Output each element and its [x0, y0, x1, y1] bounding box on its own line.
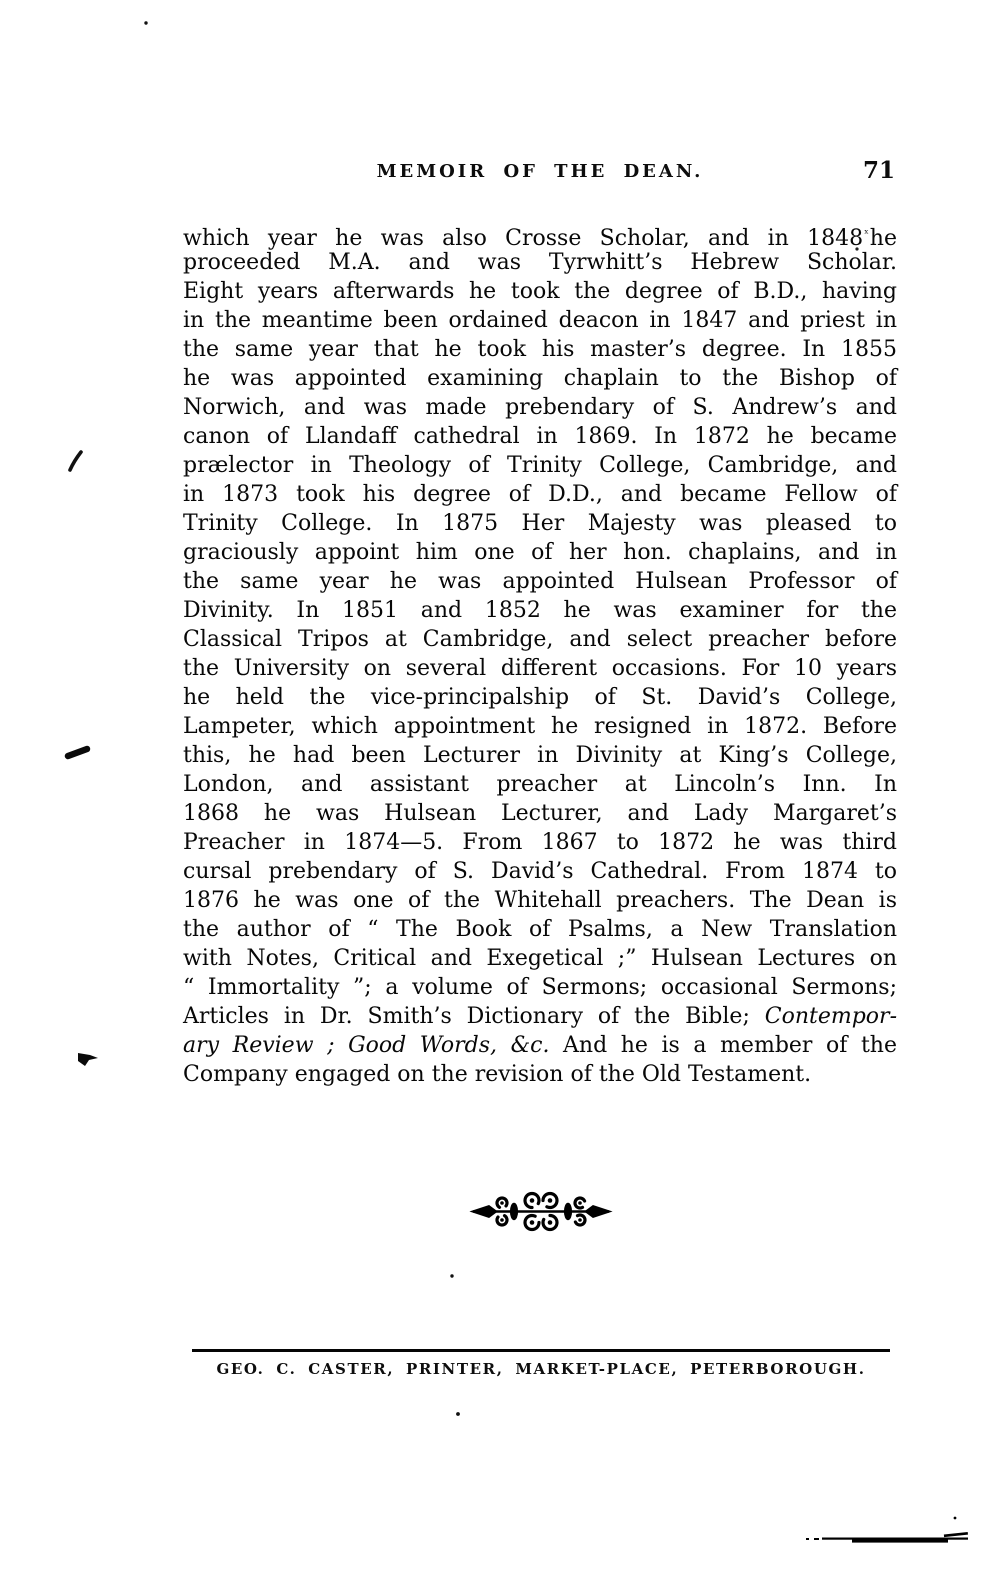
body-line-segment: in 1873 took his degree of D.D., and bec… — [183, 482, 897, 507]
page-number: 71 — [863, 157, 895, 184]
body-line-segment: he was appointed examining chaplain to t… — [183, 366, 897, 391]
body-line: Trinity College. In 1875 Her Majesty was… — [183, 509, 897, 538]
pencil-slash-mark — [70, 452, 81, 470]
body-line: in the meantime been ordained deacon in … — [183, 306, 897, 335]
body-line-segment: ary Review ; Good Words, &c. — [183, 1033, 549, 1058]
body-line: proceeded M.A. and was Tyrwhitt’s Hebrew… — [183, 248, 897, 277]
body-line-segment: graciously appoint him one of her hon. c… — [183, 540, 897, 565]
body-line-segment: And he is a member of the — [549, 1033, 897, 1058]
body-line: Articles in Dr. Smith’s Dictionary of th… — [183, 1002, 897, 1031]
body-line-segment: proceeded M.A. and was Tyrwhitt’s Hebrew… — [183, 250, 897, 275]
dust-speck-below-ornament — [450, 1274, 453, 1277]
body-line-segment: Norwich, and was made prebendary of S. A… — [183, 395, 897, 420]
body-line-segment: Company engaged on the revision of the O… — [183, 1062, 811, 1087]
body-line-segment: cursal prebendary of S. David’s Cathedra… — [183, 859, 897, 884]
body-line-segment: “ Immortality ”; a volume of Sermons; oc… — [183, 975, 897, 1000]
body-line: this, he had been Lecturer in Divinity a… — [183, 741, 897, 770]
body-line-segment: Preacher in 1874—5. From 1867 to 1872 he… — [183, 830, 897, 855]
body-line-segment: the University on several different occa… — [183, 656, 897, 681]
body-line-segment: in the meantime been ordained deacon in … — [183, 308, 897, 333]
fleuron-ornament-svg — [469, 1191, 613, 1233]
body-line: “ Immortality ”; a volume of Sermons; oc… — [183, 973, 897, 1002]
pencil-dash-mark — [68, 749, 87, 756]
body-text: which year he was also Crosse Scholar, a… — [183, 219, 897, 1089]
body-line-segment: Lampeter, which appointment he resigned … — [183, 714, 897, 739]
body-line: he held the vice-principalship of St. Da… — [183, 683, 897, 712]
body-line-segment: Classical Tripos at Cambridge, and selec… — [183, 627, 897, 652]
body-line: the same year that he took his master’s … — [183, 335, 897, 364]
body-line-segment: he held the vice-principalship of St. Da… — [183, 685, 897, 710]
body-line: cursal prebendary of S. David’s Cathedra… — [183, 857, 897, 886]
printer-imprint: GEO. C. CASTER, PRINTER, MARKET-PLACE, P… — [192, 1360, 890, 1378]
body-line: in 1873 took his degree of D.D., and bec… — [183, 480, 897, 509]
imprint-rule — [192, 1349, 890, 1352]
pencil-superscript-mark: ˣ — [864, 227, 869, 240]
body-line: London, and assistant preacher at Lincol… — [183, 770, 897, 799]
body-line: the same year he was appointed Hulsean P… — [183, 567, 897, 596]
body-line-segment: Articles in Dr. Smith’s Dictionary of th… — [183, 1004, 765, 1029]
body-line-segment: 1876 he was one of the Whitehall preache… — [183, 888, 897, 913]
dust-speck-below-imprint — [456, 1412, 460, 1416]
body-line: Classical Tripos at Cambridge, and selec… — [183, 625, 897, 654]
page-footer: GEO. C. CASTER, PRINTER, MARKET-PLACE, P… — [192, 1349, 890, 1378]
body-line-segment: Eight years afterwards he took the degre… — [183, 279, 897, 304]
body-line: Preacher in 1874—5. From 1867 to 1872 he… — [183, 828, 897, 857]
fleuron-ornament — [469, 1191, 613, 1233]
body-line: Company engaged on the revision of the O… — [183, 1060, 897, 1089]
body-line-segment: canon of Llandaff cathedral in 1869. In … — [183, 424, 897, 449]
body-line-segment: Trinity College. In 1875 Her Majesty was… — [183, 511, 897, 536]
scan-smudge-line — [806, 1517, 968, 1543]
body-line: Norwich, and was made prebendary of S. A… — [183, 393, 897, 422]
body-line: he was appointed examining chaplain to t… — [183, 364, 897, 393]
body-line-segment: 1868 he was Hulsean Lecturer, and Lady M… — [183, 801, 897, 826]
body-line-segment: London, and assistant preacher at Lincol… — [183, 772, 897, 797]
page-header: MEMOIR OF THE DEAN. 71 — [183, 161, 897, 191]
body-line-segment: this, he had been Lecturer in Divinity a… — [183, 743, 897, 768]
body-line: 1876 he was one of the Whitehall preache… — [183, 886, 897, 915]
body-line-segment: prælector in Theology of Trinity College… — [183, 453, 897, 478]
body-line-segment: Contempor- — [765, 1004, 897, 1029]
body-line-segment: Divinity. In 1851 and 1852 he was examin… — [183, 598, 897, 623]
body-line: the author of “ The Book of Psalms, a Ne… — [183, 915, 897, 944]
body-line: the University on several different occa… — [183, 654, 897, 683]
body-line: which year he was also Crosse Scholar, a… — [183, 219, 897, 248]
body-line: Divinity. In 1851 and 1852 he was examin… — [183, 596, 897, 625]
ink-blob-mark — [78, 1053, 98, 1066]
body-line: canon of Llandaff cathedral in 1869. In … — [183, 422, 897, 451]
body-line: Lampeter, which appointment he resigned … — [183, 712, 897, 741]
page-title: MEMOIR OF THE DEAN. — [183, 161, 897, 182]
body-line-segment: the same year he was appointed Hulsean P… — [183, 569, 897, 594]
body-line: prælector in Theology of Trinity College… — [183, 451, 897, 480]
body-line-segment: the author of “ The Book of Psalms, a Ne… — [183, 917, 897, 942]
body-line: with Notes, Critical and Exegetical ;” H… — [183, 944, 897, 973]
body-line-segment: with Notes, Critical and Exegetical ;” H… — [183, 946, 897, 971]
body-line: Eight years afterwards he took the degre… — [183, 277, 897, 306]
body-line: graciously appoint him one of her hon. c… — [183, 538, 897, 567]
dust-speck-top — [144, 21, 147, 24]
body-line: ary Review ; Good Words, &c. And he is a… — [183, 1031, 897, 1060]
body-line-segment: the same year that he took his master’s … — [183, 337, 897, 362]
body-line: 1868 he was Hulsean Lecturer, and Lady M… — [183, 799, 897, 828]
